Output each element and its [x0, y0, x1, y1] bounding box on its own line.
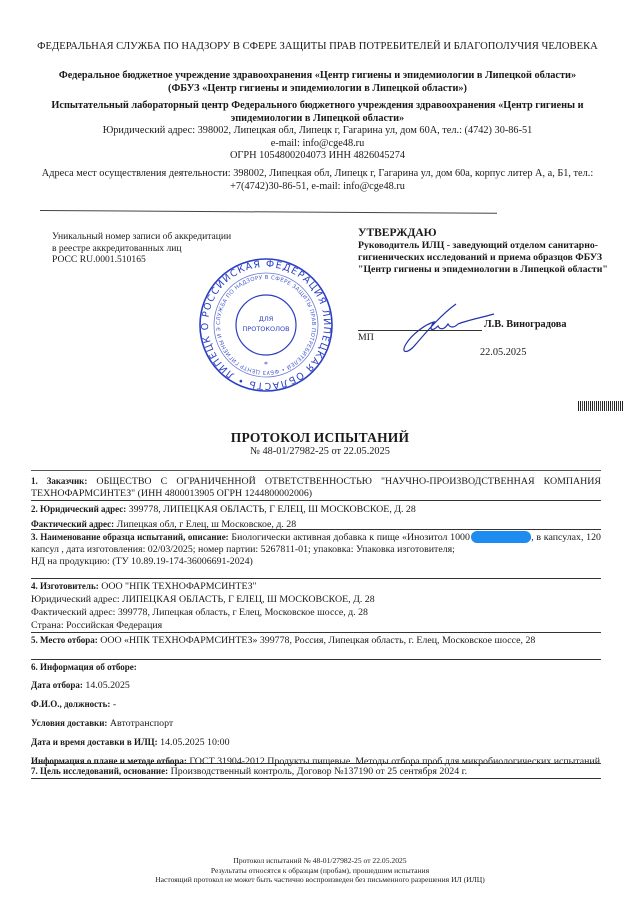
section-legal-address: 2. Юридический адрес: 399778, ЛИПЕЦКАЯ О… — [31, 503, 601, 531]
divider — [31, 470, 601, 471]
header-divider — [40, 210, 497, 214]
protocol-number: № 48-01/27982-25 от 22.05.2025 — [150, 446, 490, 457]
section-sampling-place: 5. Место отбора: ООО «НПК ТЕХНОФАРМСИНТЕ… — [31, 634, 601, 647]
agency-name: ФЕДЕРАЛЬНАЯ СЛУЖБА ПО НАДЗОРУ В СФЕРЕ ЗА… — [20, 40, 615, 53]
manufacturer-value: ООО "НПК ТЕХНОФАРМСИНТЕЗ" — [99, 581, 257, 592]
product-nd: НД на продукцию: (ТУ 10.89.19-174-360066… — [31, 556, 601, 568]
sampling-place-value: ООО «НПК ТЕХНОФАРМСИНТЕЗ» 399778, Россия… — [98, 635, 536, 646]
delivery-conditions-label: Условия доставки: — [31, 718, 107, 728]
legal-address-value: 399778, ЛИПЕЦКАЯ ОБЛАСТЬ, Г ЕЛЕЦ, Ш МОСК… — [126, 504, 416, 515]
signature-line — [358, 330, 482, 331]
approval-block: УТВЕРЖДАЮ Руководитель ИЛЦ - заведующий … — [358, 227, 618, 276]
actual-address-label: Фактический адрес: — [31, 519, 114, 529]
purpose-value: Производственный контроль, Договор №1371… — [168, 766, 467, 777]
footer-reproduction-note: Настоящий протокол не может быть частичн… — [100, 875, 540, 885]
manufacturer-label: 4. Изготовитель: — [31, 581, 99, 591]
barcode-icon — [578, 401, 623, 411]
sampling-info-label: 6. Информация об отборе: — [31, 661, 601, 673]
approver-position: Руководитель ИЛЦ - заведующий отделом са… — [358, 240, 618, 276]
footer: Протокол испытаний № 48-01/27982-25 от 2… — [100, 856, 540, 885]
email: e-mail: info@cge48.ru — [20, 138, 615, 151]
redaction-mark — [471, 531, 531, 543]
sampling-date-value: 14.05.2025 — [83, 680, 130, 691]
sampling-place-label: 5. Место отбора: — [31, 635, 98, 645]
official-stamp-icon: РОССИЙСКАЯ ФЕДЕРАЦИЯ ЛИПЕЦКАЯ ОБЛАСТЬ • … — [196, 255, 336, 395]
sampler-name-value: - — [110, 699, 116, 710]
manufacturer-actual-address: Фактический адрес: 399778, Липецкая обла… — [31, 607, 601, 619]
institution-name: Федеральное бюджетное учреждение здравоо… — [20, 70, 615, 83]
purpose-label: 7. Цель исследований, основание: — [31, 766, 168, 776]
manufacturer-country: Страна: Российская Федерация — [31, 620, 601, 632]
manufacturer-legal-address: Юридический адрес: ЛИПЕЦКАЯ ОБЛАСТЬ, Г Е… — [31, 594, 601, 606]
svg-text:*: * — [264, 360, 268, 369]
accreditation-line2: в реестре аккредитованных лиц — [52, 243, 231, 255]
lab-center-block: Испытательный лабораторный центр Федерал… — [20, 100, 615, 163]
activity-address: Адреса мест осуществления деятельности: … — [20, 168, 615, 193]
divider — [31, 500, 601, 501]
institution-short-name: (ФБУЗ «Центр гигиены и эпидемиологии в Л… — [20, 83, 615, 96]
signer-name: Л.В. Виноградова — [484, 319, 567, 330]
legal-address-label: 2. Юридический адрес: — [31, 504, 126, 514]
lab-center-name: Испытательный лабораторный центр Федерал… — [20, 100, 615, 125]
approval-date: 22.05.2025 — [480, 347, 526, 358]
delivery-datetime-value: 14.05.2025 10:00 — [158, 737, 230, 748]
section-purpose: 7. Цель исследований, основание: Произво… — [31, 765, 601, 778]
footer-protocol-number: Протокол испытаний № 48-01/27982-25 от 2… — [100, 856, 540, 866]
delivery-datetime-label: Дата и время доставки в ИЛЦ: — [31, 737, 158, 747]
divider — [31, 778, 601, 779]
seal-place-label: МП — [358, 332, 374, 343]
customer-value: ОБЩЕСТВО С ОГРАНИЧЕННОЙ ОТВЕТСТВЕННОСТЬЮ… — [31, 476, 601, 499]
sampling-date-label: Дата отбора: — [31, 680, 83, 690]
section-customer: 1. Заказчик: ОБЩЕСТВО С ОГРАНИЧЕННОЙ ОТВ… — [31, 475, 601, 500]
sample-label: 3. Наименование образца испытаний, описа… — [31, 532, 229, 542]
ogrn-inn: ОГРН 1054800204073 ИНН 4826045274 — [20, 150, 615, 163]
sampler-name-label: Ф.И.О., должность: — [31, 699, 110, 709]
legal-address: Юридический адрес: 398002, Липецкая обл,… — [20, 125, 615, 138]
section-sampling-info: 6. Информация об отборе: Дата отбора: 14… — [31, 661, 601, 768]
svg-text:ПРОТОКОЛОВ: ПРОТОКОЛОВ — [242, 325, 289, 333]
customer-label: 1. Заказчик: — [31, 476, 87, 486]
protocol-title: ПРОТОКОЛ ИСПЫТАНИЙ — [150, 430, 490, 446]
delivery-conditions-value: Автотранспорт — [107, 718, 173, 729]
institution-block: Федеральное бюджетное учреждение здравоо… — [20, 70, 615, 95]
approval-title: УТВЕРЖДАЮ — [358, 227, 618, 239]
section-manufacturer: 4. Изготовитель: ООО "НПК ТЕХНОФАРМСИНТЕ… — [31, 580, 601, 632]
footer-results-note: Результаты относятся к образцам (пробам)… — [100, 866, 540, 876]
svg-text:ДЛЯ: ДЛЯ — [259, 315, 273, 323]
accreditation-line1: Уникальный номер записи об аккредитации — [52, 231, 231, 243]
